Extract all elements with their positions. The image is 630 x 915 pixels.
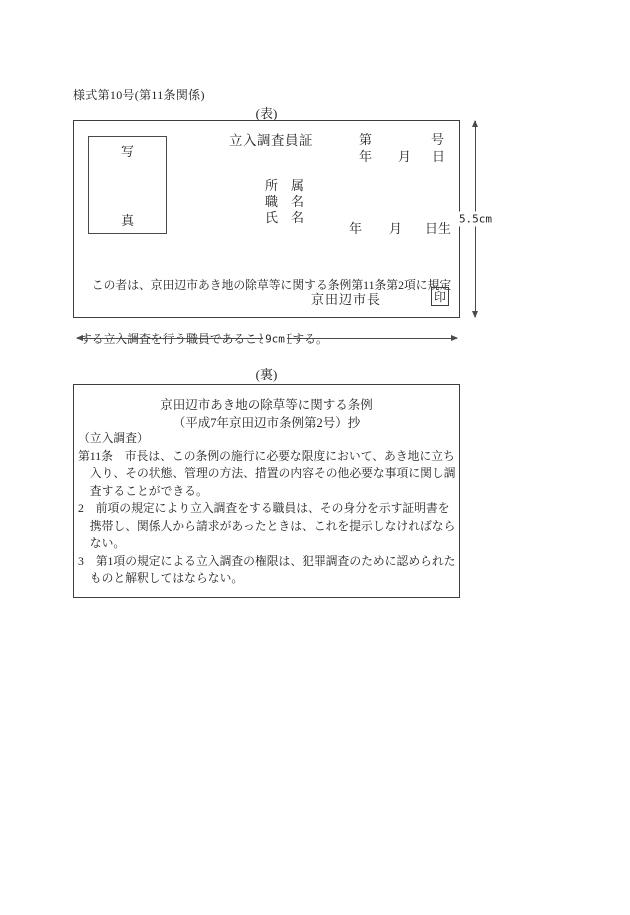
height-dimension-arrow: 5.5cm bbox=[471, 120, 480, 318]
ordinance-body-line: 3 第1項の規定による立入調査の権限は、犯罪調査のために認められた bbox=[78, 553, 456, 571]
ordinance-body-line: ない。 bbox=[78, 535, 456, 553]
ordinance-subtitle: （平成7年京田辺市条例第2号）抄 bbox=[74, 413, 459, 431]
height-dimension-label: 5.5cm bbox=[457, 212, 494, 227]
ordinance-body-line: 携帯し、関係人から請求があったときは、これを提示しなければなら bbox=[78, 518, 456, 536]
name-field-label: 氏 名 bbox=[265, 207, 304, 226]
seal-box: 印 bbox=[431, 287, 449, 306]
issue-month-label: 月 bbox=[398, 146, 411, 165]
ordinance-body-line: ものと解釈してはならない。 bbox=[78, 570, 456, 588]
arrow-up-icon bbox=[472, 120, 478, 127]
statement-line-1: この者は、京田辺市あき地の除草等に関する条例第11条第2項に規定 bbox=[80, 276, 451, 294]
ordinance-title: 京田辺市あき地の除草等に関する条例 bbox=[74, 395, 459, 413]
back-side-label: (裏) bbox=[73, 364, 460, 383]
ordinance-body-line: 第11条 市長は、この条例の施行に必要な限度において、あき地に立ち bbox=[78, 448, 456, 466]
width-dimension-label: 9cm bbox=[263, 331, 287, 346]
ordinance-body-line: 入り、その状態、管理の方法、措置の内容その他必要な事項に関し調 bbox=[78, 465, 456, 483]
birth-day-label: 日生 bbox=[425, 218, 451, 237]
issue-day-label: 日 bbox=[432, 146, 445, 165]
ordinance-body-line: 2 前項の規定により立入調査をする職員は、その身分を示す証明書を bbox=[78, 500, 456, 518]
id-card-back: 京田辺市あき地の除草等に関する条例 （平成7年京田辺市条例第2号）抄 （立入調査… bbox=[73, 384, 460, 598]
mayor-label: 京田辺市長 bbox=[311, 289, 381, 308]
photo-box: 写 真 bbox=[88, 136, 167, 234]
ordinance-body: （立入調査） 第11条 市長は、この条例の施行に必要な限度において、あき地に立ち… bbox=[78, 430, 456, 588]
seal-mark: 印 bbox=[434, 288, 446, 305]
arrow-right-icon bbox=[451, 335, 458, 341]
photo-label-top: 写 bbox=[121, 141, 134, 160]
form-number-label: 様式第10号(第11条関係) bbox=[73, 86, 205, 103]
card-title: 立入調査員証 bbox=[229, 129, 313, 149]
ordinance-body-line: 査することができる。 bbox=[78, 483, 456, 501]
photo-label-bottom: 真 bbox=[121, 210, 134, 229]
arrow-left-icon bbox=[76, 335, 83, 341]
birth-year-label: 年 bbox=[349, 218, 362, 237]
certification-statement: この者は、京田辺市あき地の除草等に関する条例第11条第2項に規定 する立入調査を… bbox=[80, 240, 451, 384]
issue-year-label: 年 bbox=[359, 146, 372, 165]
arrow-down-icon bbox=[472, 311, 478, 318]
id-card-front: 写 真 立入調査員証 第 号 年 月 日 所 属 職 名 氏 名 年 月 日生 … bbox=[73, 120, 460, 318]
ordinance-body-line: （立入調査） bbox=[78, 430, 456, 448]
width-dimension-arrow: 9cm bbox=[76, 334, 458, 343]
birth-month-label: 月 bbox=[389, 218, 402, 237]
